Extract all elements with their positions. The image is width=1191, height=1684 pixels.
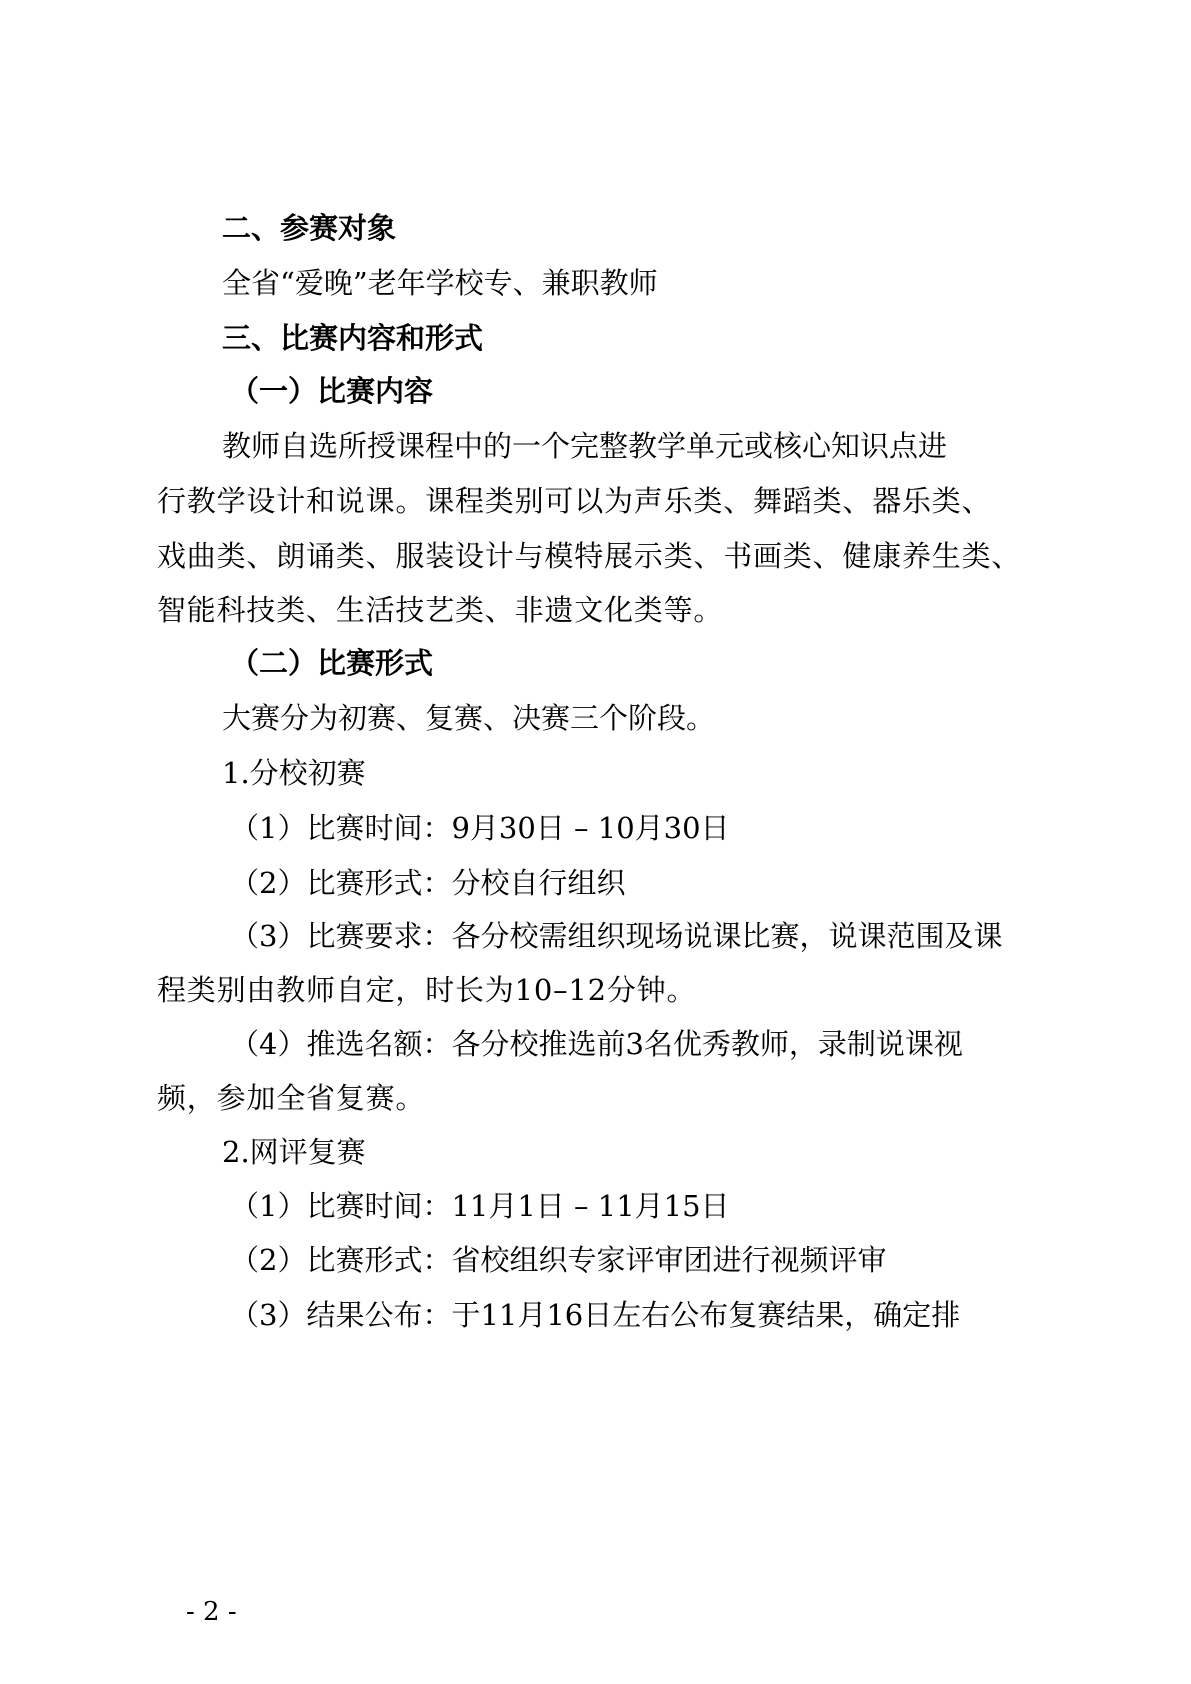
list-item: （2）比赛形式：分校自行组织	[230, 865, 625, 901]
list-item: （1）比赛时间：9月30日 – 10月30日	[230, 810, 730, 846]
list-item: （3）结果公布：于11月16日左右公布复赛结果，确定排	[230, 1297, 960, 1333]
section-heading-content-format: 三、比赛内容和形式	[222, 320, 483, 356]
section-heading-participants: 二、参赛对象	[222, 210, 396, 246]
paragraph-continuation: 戏曲类、朗诵类、服装设计与模特展示类、书画类、健康养生类、	[157, 538, 1037, 574]
list-item: （4）推选名额：各分校推选前3名优秀教师，录制说课视	[230, 1026, 963, 1062]
paragraph-continuation: 频，参加全省复赛。	[157, 1080, 1037, 1116]
paragraph-continuation: 智能科技类、生活技艺类、非遗文化类等。	[157, 592, 1037, 628]
list-item: （1）比赛时间：11月1日 – 11月15日	[230, 1188, 730, 1224]
subheading-format: （二）比赛形式	[230, 645, 433, 681]
paragraph: 教师自选所授课程中的一个完整教学单元或核心知识点进	[222, 428, 947, 464]
list-item: （2）比赛形式：省校组织专家评审团进行视频评审	[230, 1242, 886, 1278]
stage-heading-online-review: 2.网评复赛	[222, 1134, 366, 1170]
list-item: （3）比赛要求：各分校需组织现场说课比赛，说课范围及课	[230, 918, 1002, 954]
subheading-content: （一）比赛内容	[230, 373, 433, 409]
page-number: - 2 -	[186, 1597, 237, 1627]
paragraph: 全省“爱晚”老年学校专、兼职教师	[222, 265, 658, 301]
paragraph-continuation: 行教学设计和说课。课程类别可以为声乐类、舞蹈类、器乐类、	[157, 483, 1037, 519]
paragraph-continuation: 程类别由教师自定，时长为10–12分钟。	[157, 972, 1037, 1008]
paragraph: 大赛分为初赛、复赛、决赛三个阶段。	[222, 700, 715, 736]
stage-heading-preliminary: 1.分校初赛	[222, 755, 366, 791]
